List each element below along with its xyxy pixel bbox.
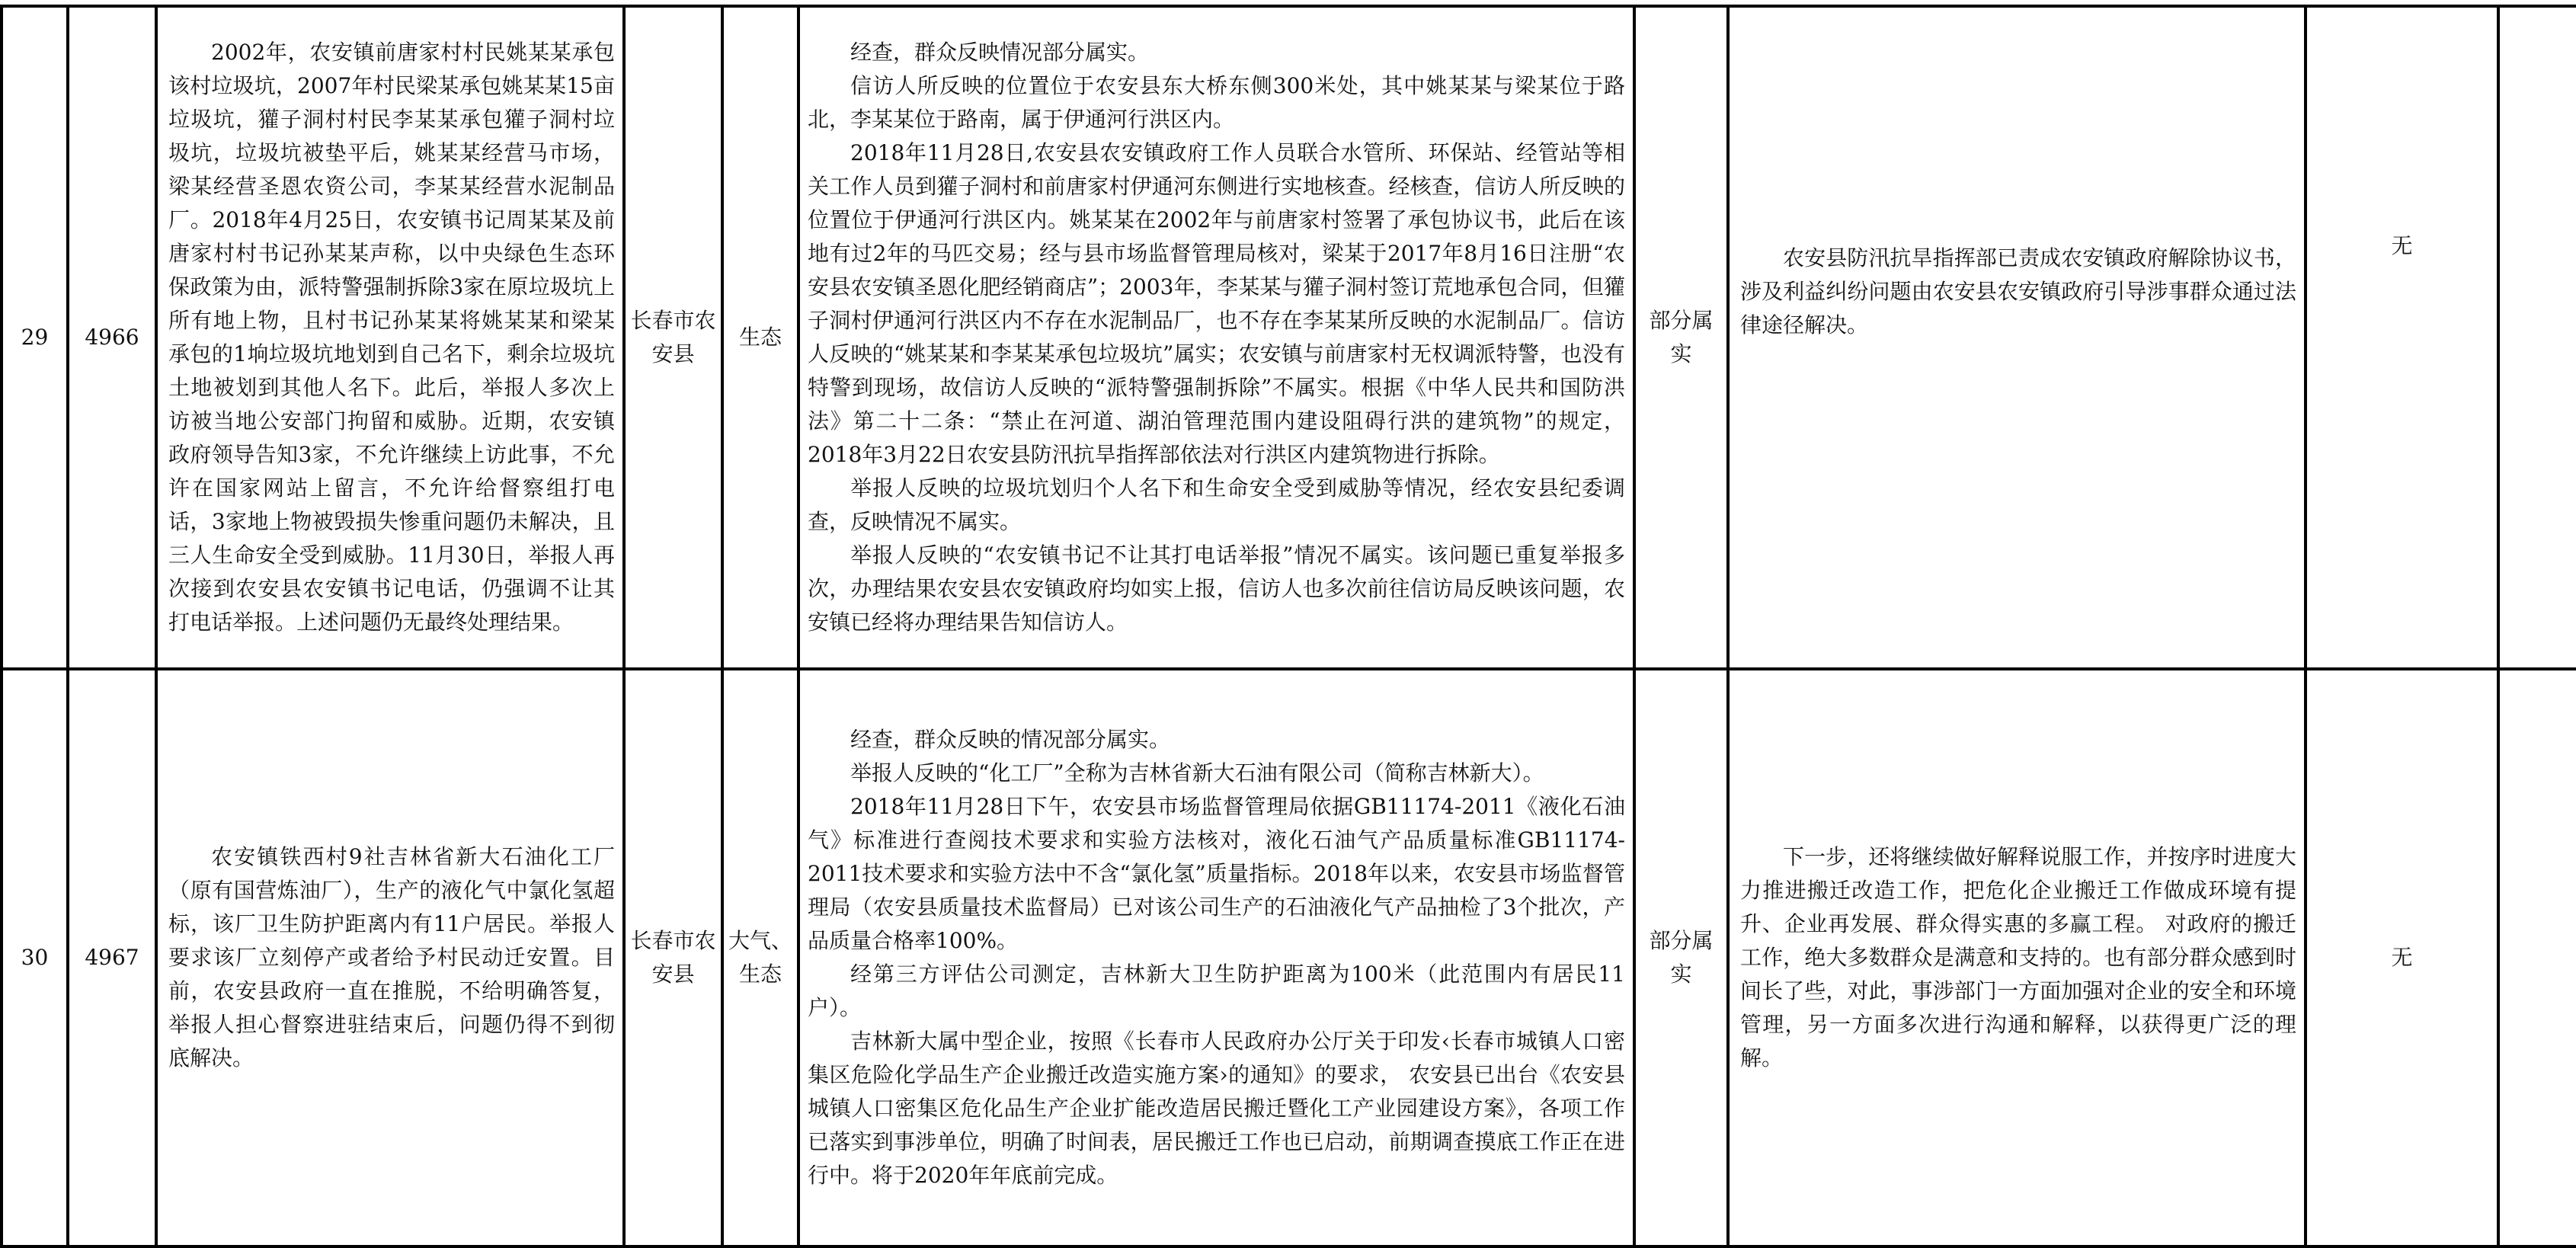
extra-cell bbox=[2498, 669, 2576, 1246]
verdict-cell: 部分属实 bbox=[1634, 6, 1728, 669]
handling-paragraph: 农安县防汛抗旱指挥部已责成农安镇政府解除协议书，涉及利益纠纷问题由农安县农安镇政… bbox=[1740, 242, 2296, 342]
verdict-cell: 部分属实 bbox=[1634, 669, 1728, 1246]
table-row: 30 4967 农安镇铁西村9社吉林省新大石油化工厂（原有国营炼油厂），生产的液… bbox=[2, 669, 2576, 1246]
handling-cell: 农安县防汛抗旱指挥部已责成农安镇政府解除协议书，涉及利益纠纷问题由农安县农安镇政… bbox=[1728, 6, 2306, 669]
investigation-paragraph: 经第三方评估公司测定，吉林新大卫生防护距离为100米（此范围内有居民11户）。 bbox=[808, 958, 1625, 1025]
investigation-paragraph: 举报人反映的垃圾坑划归个人名下和生命安全受到威胁等情况，经农安县纪委调查，反映情… bbox=[808, 472, 1625, 539]
investigation-paragraph: 吉林新大属中型企业，按照《长春市人民政府办公厅关于印发‹长春市城镇人口密集区危险… bbox=[808, 1025, 1625, 1192]
case-table: 29 4966 2002年，农安镇前唐家村村民姚某某承包该村垃圾坑，2007年村… bbox=[0, 5, 2576, 1248]
location-cell: 长春市农安县 bbox=[624, 669, 722, 1246]
accountability-cell: 无 bbox=[2306, 6, 2498, 669]
investigation-paragraph: 2018年11月28日下午，农安县市场监督管理局依据GB11174-2011《液… bbox=[808, 790, 1625, 958]
category-cell: 大气、生态 bbox=[722, 669, 798, 1246]
extra-cell bbox=[2498, 6, 2576, 669]
accountability-value: 无 bbox=[2391, 233, 2412, 258]
complaint-paragraph: 农安镇铁西村9社吉林省新大石油化工厂（原有国营炼油厂），生产的液化气中氯化氢超标… bbox=[168, 840, 615, 1075]
complaint-cell: 农安镇铁西村9社吉林省新大石油化工厂（原有国营炼油厂），生产的液化气中氯化氢超标… bbox=[156, 669, 624, 1246]
investigation-cell: 经查，群众反映的情况部分属实。 举报人反映的“化工厂”全称为吉林省新大石油有限公… bbox=[798, 669, 1634, 1246]
handling-paragraph: 下一步，还将继续做好解释说服工作，并按序时进度大力推进搬迁改造工作，把危化企业搬… bbox=[1740, 840, 2296, 1075]
row-index-cell: 30 bbox=[2, 669, 68, 1246]
investigation-paragraph: 2018年11月28日,农安县农安镇政府工作人员联合水管所、环保站、经管站等相关… bbox=[808, 136, 1625, 472]
investigation-paragraph: 举报人反映的“农安镇书记不让其打电话举报”情况不属实。该问题已重复举报多次，办理… bbox=[808, 539, 1625, 639]
case-id-cell: 4967 bbox=[68, 669, 156, 1246]
handling-cell: 下一步，还将继续做好解释说服工作，并按序时进度大力推进搬迁改造工作，把危化企业搬… bbox=[1728, 669, 2306, 1246]
investigation-paragraph: 举报人反映的“化工厂”全称为吉林省新大石油有限公司（简称吉林新大）。 bbox=[808, 757, 1625, 790]
investigation-cell: 经查，群众反映情况部分属实。 信访人所反映的位置位于农安县东大桥东侧300米处，… bbox=[798, 6, 1634, 669]
investigation-paragraph: 信访人所反映的位置位于农安县东大桥东侧300米处，其中姚某某与梁某位于路北，李某… bbox=[808, 69, 1625, 136]
case-id-cell: 4966 bbox=[68, 6, 156, 669]
row-index-cell: 29 bbox=[2, 6, 68, 669]
table-row: 29 4966 2002年，农安镇前唐家村村民姚某某承包该村垃圾坑，2007年村… bbox=[2, 6, 2576, 669]
accountability-cell: 无 bbox=[2306, 669, 2498, 1246]
category-cell: 生态 bbox=[722, 6, 798, 669]
complaint-cell: 2002年，农安镇前唐家村村民姚某某承包该村垃圾坑，2007年村民梁某承包姚某某… bbox=[156, 6, 624, 669]
complaint-paragraph: 2002年，农安镇前唐家村村民姚某某承包该村垃圾坑，2007年村民梁某承包姚某某… bbox=[168, 36, 615, 639]
location-cell: 长春市农安县 bbox=[624, 6, 722, 669]
investigation-paragraph: 经查，群众反映的情况部分属实。 bbox=[808, 723, 1625, 757]
investigation-paragraph: 经查，群众反映情况部分属实。 bbox=[808, 36, 1625, 69]
